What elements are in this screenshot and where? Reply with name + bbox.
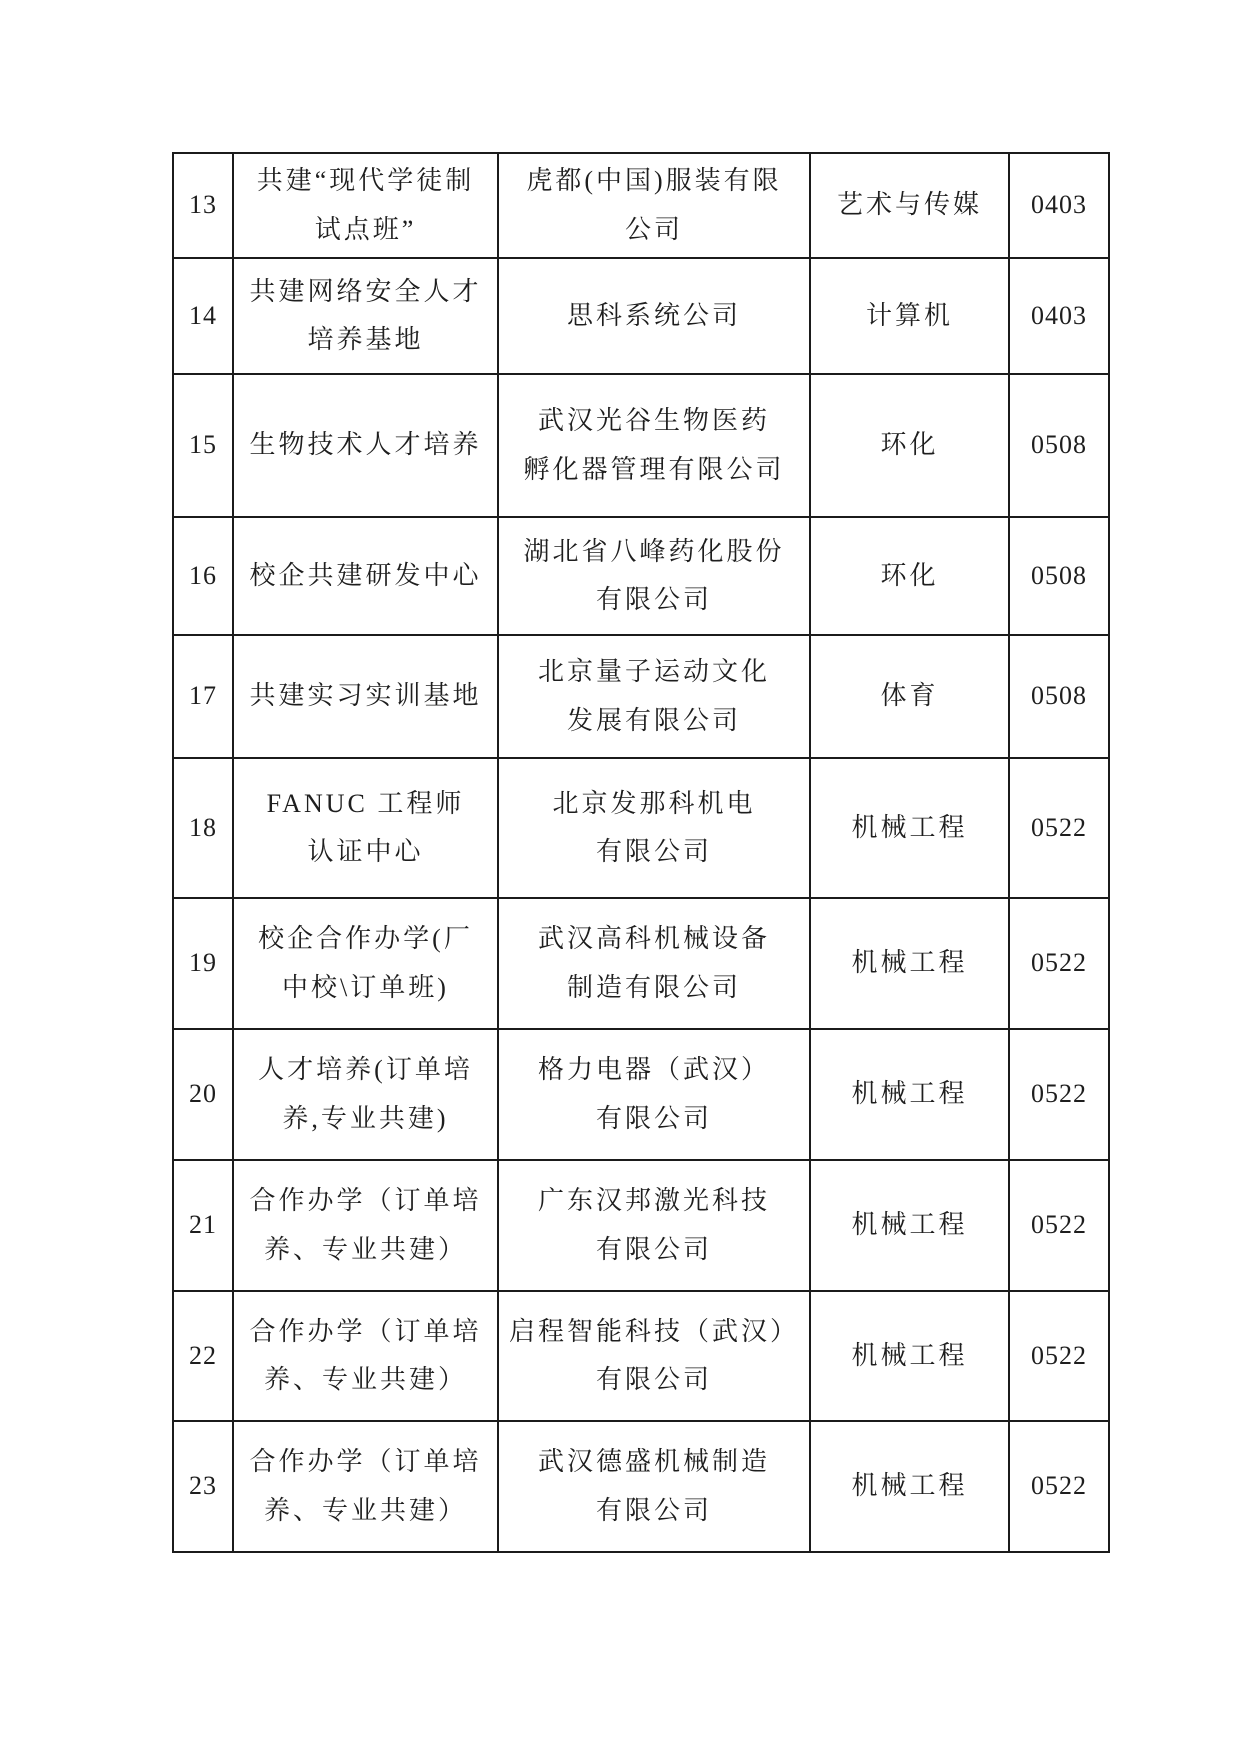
table-row: 19 校企合作办学(厂 中校\订单班) 武汉高科机械设备 制造有限公司 机械工程… [173, 898, 1109, 1029]
cell-project-name: 校企合作办学(厂 中校\订单班) [233, 898, 498, 1029]
cell-company-name: 湖北省八峰药化股份 有限公司 [498, 517, 810, 635]
cell-company-name: 北京量子运动文化 发展有限公司 [498, 635, 810, 758]
cell-code: 0522 [1009, 1029, 1109, 1160]
cell-row-number: 15 [173, 374, 233, 517]
cell-project-name: 校企共建研发中心 [233, 517, 498, 635]
cell-code: 0522 [1009, 1160, 1109, 1291]
cell-company-name: 武汉高科机械设备 制造有限公司 [498, 898, 810, 1029]
cell-company-name: 武汉光谷生物医药 孵化器管理有限公司 [498, 374, 810, 517]
cell-company-name: 启程智能科技（武汉） 有限公司 [498, 1291, 810, 1421]
cell-code: 0522 [1009, 758, 1109, 898]
cell-department: 机械工程 [810, 1291, 1009, 1421]
cell-project-name: 人才培养(订单培 养,专业共建) [233, 1029, 498, 1160]
table-row: 22 合作办学（订单培 养、专业共建） 启程智能科技（武汉） 有限公司 机械工程… [173, 1291, 1109, 1421]
cell-company-name: 武汉德盛机械制造 有限公司 [498, 1421, 810, 1552]
cell-department: 机械工程 [810, 898, 1009, 1029]
cell-department: 艺术与传媒 [810, 153, 1009, 258]
cell-row-number: 20 [173, 1029, 233, 1160]
cell-row-number: 21 [173, 1160, 233, 1291]
document-page: 13 共建“现代学徒制 试点班” 虎都(中国)服装有限 公司 艺术与传媒 040… [0, 0, 1240, 1754]
table-row: 18 FANUC 工程师 认证中心 北京发那科机电 有限公司 机械工程 0522 [173, 758, 1109, 898]
cell-company-name: 广东汉邦激光科技 有限公司 [498, 1160, 810, 1291]
cell-row-number: 14 [173, 258, 233, 374]
table-row: 20 人才培养(订单培 养,专业共建) 格力电器（武汉） 有限公司 机械工程 0… [173, 1029, 1109, 1160]
table-row: 13 共建“现代学徒制 试点班” 虎都(中国)服装有限 公司 艺术与传媒 040… [173, 153, 1109, 258]
cell-department: 机械工程 [810, 1160, 1009, 1291]
cell-project-name: 合作办学（订单培 养、专业共建） [233, 1160, 498, 1291]
cell-department: 环化 [810, 374, 1009, 517]
cell-row-number: 13 [173, 153, 233, 258]
table-body: 13 共建“现代学徒制 试点班” 虎都(中国)服装有限 公司 艺术与传媒 040… [173, 153, 1109, 1552]
cell-code: 0508 [1009, 635, 1109, 758]
table-row: 16 校企共建研发中心 湖北省八峰药化股份 有限公司 环化 0508 [173, 517, 1109, 635]
cell-company-name: 思科系统公司 [498, 258, 810, 374]
cell-department: 机械工程 [810, 758, 1009, 898]
cell-row-number: 16 [173, 517, 233, 635]
cell-department: 机械工程 [810, 1029, 1009, 1160]
cell-department: 计算机 [810, 258, 1009, 374]
cell-company-name: 格力电器（武汉） 有限公司 [498, 1029, 810, 1160]
table-row: 21 合作办学（订单培 养、专业共建） 广东汉邦激光科技 有限公司 机械工程 0… [173, 1160, 1109, 1291]
school-enterprise-cooperation-table: 13 共建“现代学徒制 试点班” 虎都(中国)服装有限 公司 艺术与传媒 040… [172, 152, 1110, 1553]
cell-code: 0403 [1009, 258, 1109, 374]
cell-project-name: 共建网络安全人才 培养基地 [233, 258, 498, 374]
table-row: 15 生物技术人才培养 武汉光谷生物医药 孵化器管理有限公司 环化 0508 [173, 374, 1109, 517]
cell-company-name: 虎都(中国)服装有限 公司 [498, 153, 810, 258]
cell-row-number: 18 [173, 758, 233, 898]
cell-project-name: 生物技术人才培养 [233, 374, 498, 517]
cell-row-number: 22 [173, 1291, 233, 1421]
cell-code: 0522 [1009, 898, 1109, 1029]
cell-row-number: 17 [173, 635, 233, 758]
cell-code: 0508 [1009, 374, 1109, 517]
cell-company-name: 北京发那科机电 有限公司 [498, 758, 810, 898]
cell-row-number: 19 [173, 898, 233, 1029]
cell-department: 环化 [810, 517, 1009, 635]
cell-code: 0522 [1009, 1421, 1109, 1552]
cell-project-name: 共建“现代学徒制 试点班” [233, 153, 498, 258]
cell-project-name: 合作办学（订单培 养、专业共建） [233, 1291, 498, 1421]
cell-department: 机械工程 [810, 1421, 1009, 1552]
table-row: 23 合作办学（订单培 养、专业共建） 武汉德盛机械制造 有限公司 机械工程 0… [173, 1421, 1109, 1552]
cell-code: 0508 [1009, 517, 1109, 635]
cell-project-name: FANUC 工程师 认证中心 [233, 758, 498, 898]
cell-project-name: 合作办学（订单培 养、专业共建） [233, 1421, 498, 1552]
cell-row-number: 23 [173, 1421, 233, 1552]
table-row: 14 共建网络安全人才 培养基地 思科系统公司 计算机 0403 [173, 258, 1109, 374]
cell-department: 体育 [810, 635, 1009, 758]
table-row: 17 共建实习实训基地 北京量子运动文化 发展有限公司 体育 0508 [173, 635, 1109, 758]
cell-project-name: 共建实习实训基地 [233, 635, 498, 758]
cell-code: 0522 [1009, 1291, 1109, 1421]
cell-code: 0403 [1009, 153, 1109, 258]
